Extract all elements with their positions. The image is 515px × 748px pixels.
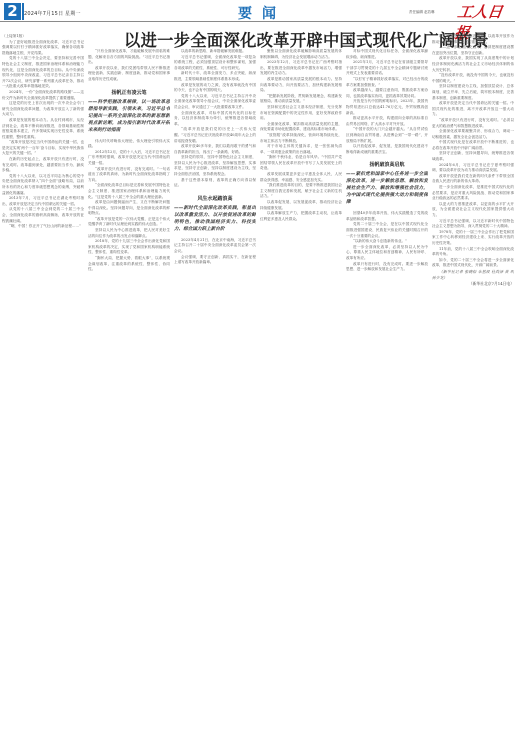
paragraph: 在新的历史起点上，改革开放只有进行时，没有完成时。改革越到深处，越需要担当作为、… [2, 157, 84, 174]
paragraph: 改革是发展的动力之源，没有改革就没有中国的今天，也不会有中国的明天。 [174, 83, 256, 94]
paragraph: 会议强调，要守正创新、真抓实干，在新征程上谱写改革开放新篇章。 [174, 255, 256, 266]
page-number-badge: 2 [4, 3, 21, 20]
paragraph: 基于这些基本原则，改革的正确方向得以保证。 [174, 178, 256, 189]
paragraph: “以钉钉子精神抓好改革落实，对已经出台的改革方案要加强督查。” [346, 77, 428, 88]
paragraph: “中国开放的大门只会越开越大。”从自贸试验区到海南自由贸易港，从进博会到“一带一… [346, 127, 428, 144]
paragraph: 改革开放以来，我国实现了从高度集中的计划经济体制到充满活力的社会主义市场经济体制… [432, 56, 514, 73]
paragraph: 改革是推动国家高质量发展的根本动力。坚持向改革要动力，向开放要活力，加快构建新发… [260, 77, 342, 94]
column-4-text: 聚焦以全面深化改革破解影响高质量发展的体制机制障碍，为经济社会发展增添动力活力。… [260, 49, 342, 222]
paragraph: 2024年6月，习近平总书记在宁夏考察时强调，要以改革开放为动力推动高质量发展。 [432, 163, 514, 174]
column-2: “只有全面深化改革，才能破解发展中面临的难题、化解来自各方面的风险挑战。”习近平… [88, 34, 170, 746]
paragraph: 党的十八大以来，以习近平同志为核心的党中央把全面深化改革纳入“四个全面”战略布局… [2, 174, 84, 196]
masthead: 2 2024年7月15日 星期一 要闻 责任编辑 赵若琳 工人日报 [0, 0, 515, 22]
paragraph: 党的十八届三中全会决定，要坚持和完善中国特色社会主义制度，推进国家治理体系和治理… [2, 56, 84, 90]
column-4: 聚焦以全面深化改革破解影响高质量发展的体制机制障碍，为经济社会发展增添动力活力。… [260, 34, 342, 746]
paragraph: “把握新发展阶段，贯彻新发展理念，构建新发展格局，推动高质量发展。” [260, 94, 342, 105]
column-3: 以改革的新思路、新举措破解发展难题。习近平总书记强调，全面深化改革是一项复杂的系… [174, 34, 256, 746]
paragraph: 对于市场主体的关键诉求，是一张张减负清单、一项项惠企政策的出台落地。 [260, 144, 342, 155]
paragraph: 改革开放以来，我们党团结带领人民不断推进理论创新、实践创新、制度创新，推动党和国… [88, 66, 170, 83]
dateline: （新华社北京7月14日电） [432, 281, 514, 287]
subheading-1-lead: ——科学把握改革规律，以一场改革思想指导新实践，引领未来，习近平总书记提出一系列… [88, 99, 170, 134]
subheading-2: 风生水起踏浪高 [174, 195, 256, 202]
paragraph: 坚持以人民为中心推进改革，把人民对美好生活的向往作为改革的出发点和落脚点。 [88, 228, 170, 239]
subheading-3-lead: ——紧扣党和国家中心任务进一步全面深化改革，进一步解放思想、解放和发展社会生产力… [346, 171, 428, 206]
paragraph: 2013年7月，习近平总书记在湖北考察时指出，改革开放是决定当代中国命运的关键一… [2, 196, 84, 207]
paragraph: 全面深化改革，紧扣推动高质量发展的主题，深化要素市场化配置改革，建设高标准市场体… [260, 122, 342, 133]
paragraph: 这是党的历史上首次出现的一次中央全会专门研究全面深化改革问题，为改革开放注入了新… [2, 101, 84, 118]
paragraph: “改革开放是决定当代中国命运的关键一招，也是决定实现‘两个一百年’奋斗目标、实现… [2, 140, 84, 157]
paragraph: 2024年，一份“全面深化改革的路线图”——这份文件为新时代全面深化改革提供了重… [2, 90, 84, 101]
subheading-1: 扬帆正有凌云笔 [88, 89, 170, 96]
paragraph: 伟大时代呼唤伟大理论，伟大理论引领伟大实践。 [88, 139, 170, 150]
paragraph: 改革开放是我们党在新的时代条件下带领全国各族人民进行的新的伟大革命。 [432, 174, 514, 185]
section-title: 要闻 [238, 3, 286, 23]
paragraph: 坚持党的领导，坚持中国特色社会主义制度，坚持以人民为中心推进改革，坚持解放思想、… [174, 155, 256, 177]
paragraph: 11年前，党的十八届三中全会吹响全面深化改革的号角。 [432, 247, 514, 258]
paragraph: 改革开放40多年来，我们以敢闯敢干的勇气和自我革新的担当，闯出了一条新路、好路。 [174, 144, 256, 155]
paragraph: 2012年12月，党的十八大后，习近平总书记在广东考察时强调，改革开放是决定当代… [88, 150, 170, 167]
paragraph: 如今，党的二十届三中全会将进一步全面深化改革，推进中国式现代化，开辟广阔前景。 [432, 258, 514, 269]
paragraph: 推动更高水平开放，构建面向全球的高标准自由贸易区网络，扩大高水平对外开放。 [346, 116, 428, 127]
column-5-text-a: 对标中国式现代化目标任务，全面深化改革蹄疾步稳、纵深推进。2021年1月，习近平… [346, 49, 428, 155]
paragraph: 全面深化改革要凝聚共识、形成合力，调动一切积极因素，激发全社会创造活力。 [432, 129, 514, 140]
paragraph: “胸怀大局、把握大势、着眼大事”，以系统观念谋划改革，注重改革的系统性、整体性、… [88, 256, 170, 273]
paragraph: 新时代十年，改革全面发力、多点突破、纵深推进，主要领域基础性制度体系基本形成。 [174, 71, 256, 82]
paragraph: 对标中国式现代化目标任务，全面深化改革蹄疾步稳、纵深推进。 [346, 49, 428, 60]
subheading-3: 扬帆破浪高启航 [346, 161, 428, 168]
paragraph: 坚持和完善社会主义基本经济制度，充分发挥市场在资源配置中的决定性作用，更好发挥政… [260, 105, 342, 122]
column-3-text-b: 2023年4月21日，在北京中南海，习近平总书记主持召开二十届中央全面深化改革委… [174, 238, 256, 266]
paragraph: “没有改革开放，就没有中国的今天，也就没有中国的明天。” [432, 73, 514, 84]
paragraph: 以改革解放生产力，把握改革主动权，让改革红利更多惠及人民群众。 [260, 211, 342, 222]
paragraph: 1978年，党的十一届三中全会作出了把党和国家工作中心转移到经济建设上来、实行改… [432, 230, 514, 247]
paragraph: 以开放促改革、促发展，是我国现代化建设不断取得新成就的重要法宝。 [346, 144, 428, 155]
paragraph: 以广阔视野谋划和推进改革，以改革开放作为推动党和国家事业发展的重要法宝。 [432, 34, 514, 45]
paragraph: 以改革促发展、以发展促改革，推动经济社会持续健康发展。 [260, 200, 342, 211]
paragraph: “我们推进改革的目的，是要不断推进我国社会主义制度自我完善和发展，赋予社会主义新… [260, 183, 342, 200]
paragraph: 改革只有进行时，没有完成时。要进一步解放思想、进一步解放和发展社会生产力。 [346, 262, 428, 273]
paragraph: 习近平总书记强调，以习近平新时代中国特色社会主义思想为指导，深入贯彻党的二十大精… [432, 219, 514, 230]
paragraph: 2018年，党的十九届三中全会作出深化党和国家机构改革的决定，实现了党和国家机构… [88, 239, 170, 256]
column-1: （上接第1版） 为了更好地推进全面深化改革，习近平总书记强调要以钉钉子精神抓好改… [2, 34, 84, 746]
paragraph: “放管服”改革持续深化，营商环境持续优化，市场主体活力不断释放。 [260, 133, 342, 144]
paragraph: ——进一步全面深化改革，必须把制度建设摆在更加突出位置，坚持守正创新。 [432, 45, 514, 56]
paragraph: 改革发展成果更多更公平惠及全体人民，人民群众获得感、幸福感、安全感更加充实。 [260, 172, 342, 183]
headline-gap [346, 34, 428, 49]
paragraph: 从党的十八届三中全会到党的二十届三中全会，全面深化改革的旗帜高高飘扬，改革开放的… [2, 207, 84, 224]
paragraph: 以改革的新思路、新举措破解发展难题。 [174, 49, 256, 55]
column-5: 对标中国式现代化目标任务，全面深化改革蹄疾步稳、纵深推进。2021年1月，习近平… [346, 34, 428, 746]
subheading-2-lead: ——新时代全面深化改革实践，彰显出以改革激发活力、以开放促进改革的鲜明特色，推动… [174, 205, 256, 233]
editor-credit: 责任编辑 赵若琳 [409, 10, 435, 15]
paragraph: “改革开放是党的一次伟大觉醒，正是这个伟大觉醒孕育了新时代从理论到实践的伟大创造… [88, 217, 170, 228]
article-body: （上接第1版） 为了更好地推进全面深化改革，习近平总书记强调要以钉钉子精神抓好改… [2, 34, 513, 746]
column-2-text-b: 伟大时代呼唤伟大理论，伟大理论引领伟大实践。2012年12月，党的十八大后，习近… [88, 139, 170, 273]
paragraph: 开放是当代中国的鲜明标识。2023年，我国货物贸易进出口总值达41.76万亿元，… [346, 99, 428, 116]
headline-gap [260, 34, 342, 49]
paragraph: 中国式现代化是在改革开放中不断推进的，也必将在改革开放中开辟广阔前景。 [432, 140, 514, 151]
paragraph: “改革开放只有进行时，没有完成时。”一句话道出了改革的真谛，为新时代全面深化改革… [88, 167, 170, 184]
paragraph: 党的十八大以来，习近平总书记主持召开中央全面深化改革领导小组会议、中央全面深化改… [174, 94, 256, 111]
paragraph: 以更大的力度推进改革，以更高的水平扩大开放，为全面建设社会主义现代化国家提供强大… [432, 202, 514, 219]
paragraph: 聚焦以全面深化改革破解影响高质量发展的体制机制障碍，为经济社会发展增添动力活力。 [260, 49, 342, 60]
paragraph: 改革是发展的根本动力。从农村到城市，从经济到社会，改革不断向纵深推进，各领域基础… [2, 118, 84, 140]
paragraph: “改革开放只有进行时，没有完成时。”必须以更大的政治勇气和智慧推进改革。 [432, 118, 514, 129]
paragraph: 进一步全面深化改革，是推进中国式现代化的必然要求，是应对重大风险挑战、推动党和国… [432, 185, 514, 202]
paragraph: “胸怀千秋伟业，恰是百年风华。”中国共产党团结带领人民在改革开放中书写了人类发展… [260, 155, 342, 172]
reporter-byline: （新华社记者 张晓松 朱基钗 杜尚泽 黄 明 孙少龙） [432, 269, 514, 281]
column-5-text-b: 回望40多年改革开放，伟大实践锻造了党的改革品格和改革智慧。党的二十届三中全会，… [346, 211, 428, 273]
paragraph: 坚持以制度建设为主线，加强顶层设计、总体谋划，破立并举、先立后破，筑牢根本制度，… [432, 84, 514, 101]
paragraph: 改革是由问题倒逼而产生，又在不断解决问题中得以深化。坚持问题导向，是全面深化改革… [88, 200, 170, 217]
paragraph: 进一步全面深化改革，必须坚持以人民为中心，尊重人民主体地位和首创精神，人民有所呼… [346, 245, 428, 262]
paragraph: 坚持守正创新，坚持问题导向，统筹推进各领域改革。 [432, 151, 514, 162]
headline-gap [174, 34, 256, 49]
paragraph: 为了更好地推进全面深化改革，习近平总书记强调要以钉钉子精神抓好改革落实，确保各项… [2, 40, 84, 57]
column-2-text-a: “只有全面深化改革，才能破解发展中面临的难题、化解来自各方面的风险挑战。”习近平… [88, 49, 170, 83]
issue-date: 2024年7月15日 星期一 [24, 10, 81, 17]
column-1-text: 为了更好地推进全面深化改革，习近平总书记强调要以钉钉子精神抓好改革落实，确保各项… [2, 40, 84, 230]
column-3-text-a: 以改革的新思路、新举措破解发展难题。习近平总书记强调，全面深化改革是一项复杂的系… [174, 49, 256, 189]
paragraph: “只有全面深化改革，才能破解发展中面临的难题、化解来自各方面的风险挑战。”习近平… [88, 49, 170, 66]
paragraph: 2023年4月21日，在北京中南海，习近平总书记主持召开二十届中央全面深化改革委… [174, 238, 256, 255]
paragraph: 习近平总书记强调，全面深化改革是一项复杂的系统工程，必须加强顶层设计和整体谋划，… [174, 55, 256, 72]
paragraph: “改革开放是我们党的历史上一次伟大觉醒。”习近平总书记在庆祝改革开放40周年大会… [174, 127, 256, 144]
paragraph: 回望40多年改革开放，伟大实践锻造了党的改革品格和改革智慧。 [346, 211, 428, 222]
paragraph: 党的二十届三中全会，是在以中国式现代化全面推进强国建设、民族复兴伟业的关键时期召… [346, 222, 428, 239]
column-6-text: 以广阔视野谋划和推进改革，以改革开放作为推动党和国家事业发展的重要法宝。——进一… [432, 34, 514, 269]
paragraph: 2021年1月，习近平总书记在省部级主要领导干部学习贯彻党的十九届五中全会精神专… [346, 60, 428, 77]
paragraph: 2023年12月，习近平总书记在广西考察时指出，要在推进全面深化改革中激发市场活… [260, 60, 342, 77]
headline-gap [88, 34, 170, 49]
column-6: 以广阔视野谋划和推进改革，以改革开放作为推动党和国家事业发展的重要法宝。——进一… [432, 34, 514, 746]
paragraph: “全面深化改革总目标是完善和发展中国特色社会主义制度、推进国家治理体系和治理能力… [88, 183, 170, 200]
paragraph: “啊，中国！你正开了气壮山河的新征程……” [2, 224, 84, 230]
paragraph: 改革越深入，越要注意协同，既抓改革方案协同，也抓改革落实协同，更抓改革效果协同。 [346, 88, 428, 99]
paragraph: 改革开放是决定当代中国命运的关键一招。中国式现代化的推进，离不开改革开放这一强大… [432, 101, 514, 118]
paragraph: 全面深化改革，对标中国式现代化的目标任务，以经济体制改革为牵引，统筹推进各领域改… [174, 111, 256, 128]
